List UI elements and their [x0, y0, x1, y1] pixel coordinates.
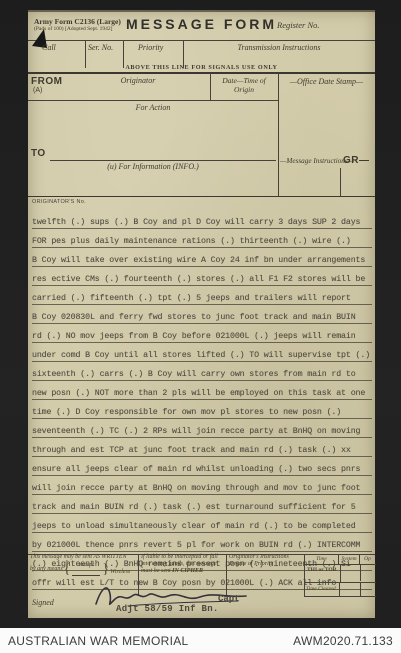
gr-label: GR—: [343, 155, 370, 166]
for-information-label: (u) For Information (INFO.): [28, 162, 278, 171]
divider: [28, 40, 375, 41]
message-line: new posn (.) NOT more than 2 pls will be…: [32, 381, 372, 400]
message-line: will join recce party at BnHQ on moving …: [32, 476, 372, 495]
table-row: Time Cleared: [305, 582, 376, 596]
divider: [28, 72, 375, 74]
priority-label: Priority: [138, 43, 163, 52]
accession-number: AWM2020.71.133: [293, 634, 393, 648]
to-fill-line: [50, 160, 276, 161]
time-cleared-cell: Time Cleared: [305, 583, 340, 596]
divider: [340, 168, 341, 196]
signed-label: Signed: [32, 598, 54, 607]
message-line: FOR pes plus daily maintenance rations (…: [32, 229, 372, 248]
message-line: seventeenth (.) TC (.) 2 RPs will join r…: [32, 419, 372, 438]
date-time-of-origin-label: Date—Time of Origin: [212, 76, 276, 94]
caption-strip: AUSTRALIAN WAR MEMORIAL AWM2020.71.133: [0, 628, 401, 653]
empty-cell: [340, 583, 361, 596]
scanned-photo: Army Form C2136 (Large) (Pads of 100) [A…: [0, 0, 401, 653]
from-a-label: (A): [33, 87, 42, 94]
call-label: Call: [42, 43, 56, 52]
originator-label: Originator: [68, 76, 208, 85]
time-header: Time: [305, 554, 339, 564]
from-label: FROM: [31, 76, 62, 87]
message-line: B Coy 020830L and ferry fwd stores to ju…: [32, 305, 372, 324]
originator-instructions-text: Originator's Instructions: [229, 554, 302, 561]
by-any-means-text: by any means: [30, 566, 63, 573]
message-form-paper: Army Form C2136 (Large) (Pads of 100) [A…: [28, 10, 375, 618]
signals-use-note: ABOVE THIS LINE FOR SIGNALS USE ONLY: [28, 64, 375, 71]
except-column: except: [71, 562, 101, 576]
close-brace: }: [102, 566, 109, 573]
register-no-label: Register No.: [277, 20, 367, 30]
transmission-instructions-label: Transmission Instructions: [183, 43, 375, 52]
to-label: TO: [31, 148, 46, 159]
message-body: twelfth (.) sups (.) B Coy and pl D Coy …: [32, 210, 372, 590]
divider: [28, 100, 278, 101]
degree-of-priority-text: Degree of Priority: [229, 561, 302, 568]
message-line: by 021000L thence pnrs revert 5 pl for w…: [32, 533, 372, 552]
divider: [210, 73, 211, 100]
signature-rank: Capt: [218, 594, 240, 604]
system-header: System: [339, 554, 360, 564]
message-line: through and est TCP at junc foot track a…: [32, 438, 372, 457]
message-line: B Coy will take over existing wire A Coy…: [32, 248, 372, 267]
message-line: sixteenth (.) carrs (.) B Coy will carry…: [32, 362, 372, 381]
table-header-row: Time System Op: [305, 554, 376, 564]
thi-or-tor-cell: THI or TOR: [305, 565, 341, 582]
credit-text: AUSTRALIAN WAR MEMORIAL: [8, 634, 188, 648]
empty-cell: [361, 583, 376, 596]
table-row: THI or TOR: [305, 564, 376, 582]
as-written-brace-row: by any means { except } Wireless: [30, 562, 136, 576]
op-header: Op: [360, 554, 375, 564]
office-date-stamp-label: —Office Date Stamp—: [278, 77, 375, 86]
message-line: jeeps to unload simultaneously clear of …: [32, 514, 372, 533]
except-blank-line: [72, 569, 100, 576]
originators-no-label: ORIGINATOR'S No.: [32, 199, 86, 205]
except-text: except: [79, 562, 94, 569]
signals-time-table: Time System Op THI or TOR Time Cleared: [304, 554, 376, 597]
message-line: rd (.) NO mov jeeps from B Coy before 02…: [32, 324, 372, 343]
message-line: time (.) D Coy responsible for own mov p…: [32, 400, 372, 419]
as-written-text: This message may be sent AS WRITTEN: [30, 554, 136, 561]
ser-no-label: Ser. No.: [88, 43, 113, 52]
empty-cell: [341, 565, 362, 581]
for-action-label: For Action: [28, 103, 278, 112]
message-line: res ective CMs (.) fourteenth (.) stores…: [32, 267, 372, 286]
empty-cell: [361, 565, 376, 581]
message-line: under comd B Coy until all stores lifted…: [32, 343, 372, 362]
message-line: track and main BUIN rd (.) task (.) est …: [32, 495, 372, 514]
divider: [28, 196, 375, 197]
message-line: twelfth (.) sups (.) B Coy and pl D Coy …: [32, 210, 372, 229]
message-line: ensure all jeeps clear of main rd whilst…: [32, 457, 372, 476]
signature-unit: Adjt 58/59 Inf Bn.: [116, 604, 219, 614]
divider: [278, 73, 279, 196]
open-brace: {: [64, 566, 71, 573]
in-cipher-text: IN CIPHER: [172, 568, 203, 574]
wireless-text: Wireless: [110, 569, 130, 576]
message-line: carried (.) fifteenth (.) tpt (.) 5 jeep…: [32, 286, 372, 305]
